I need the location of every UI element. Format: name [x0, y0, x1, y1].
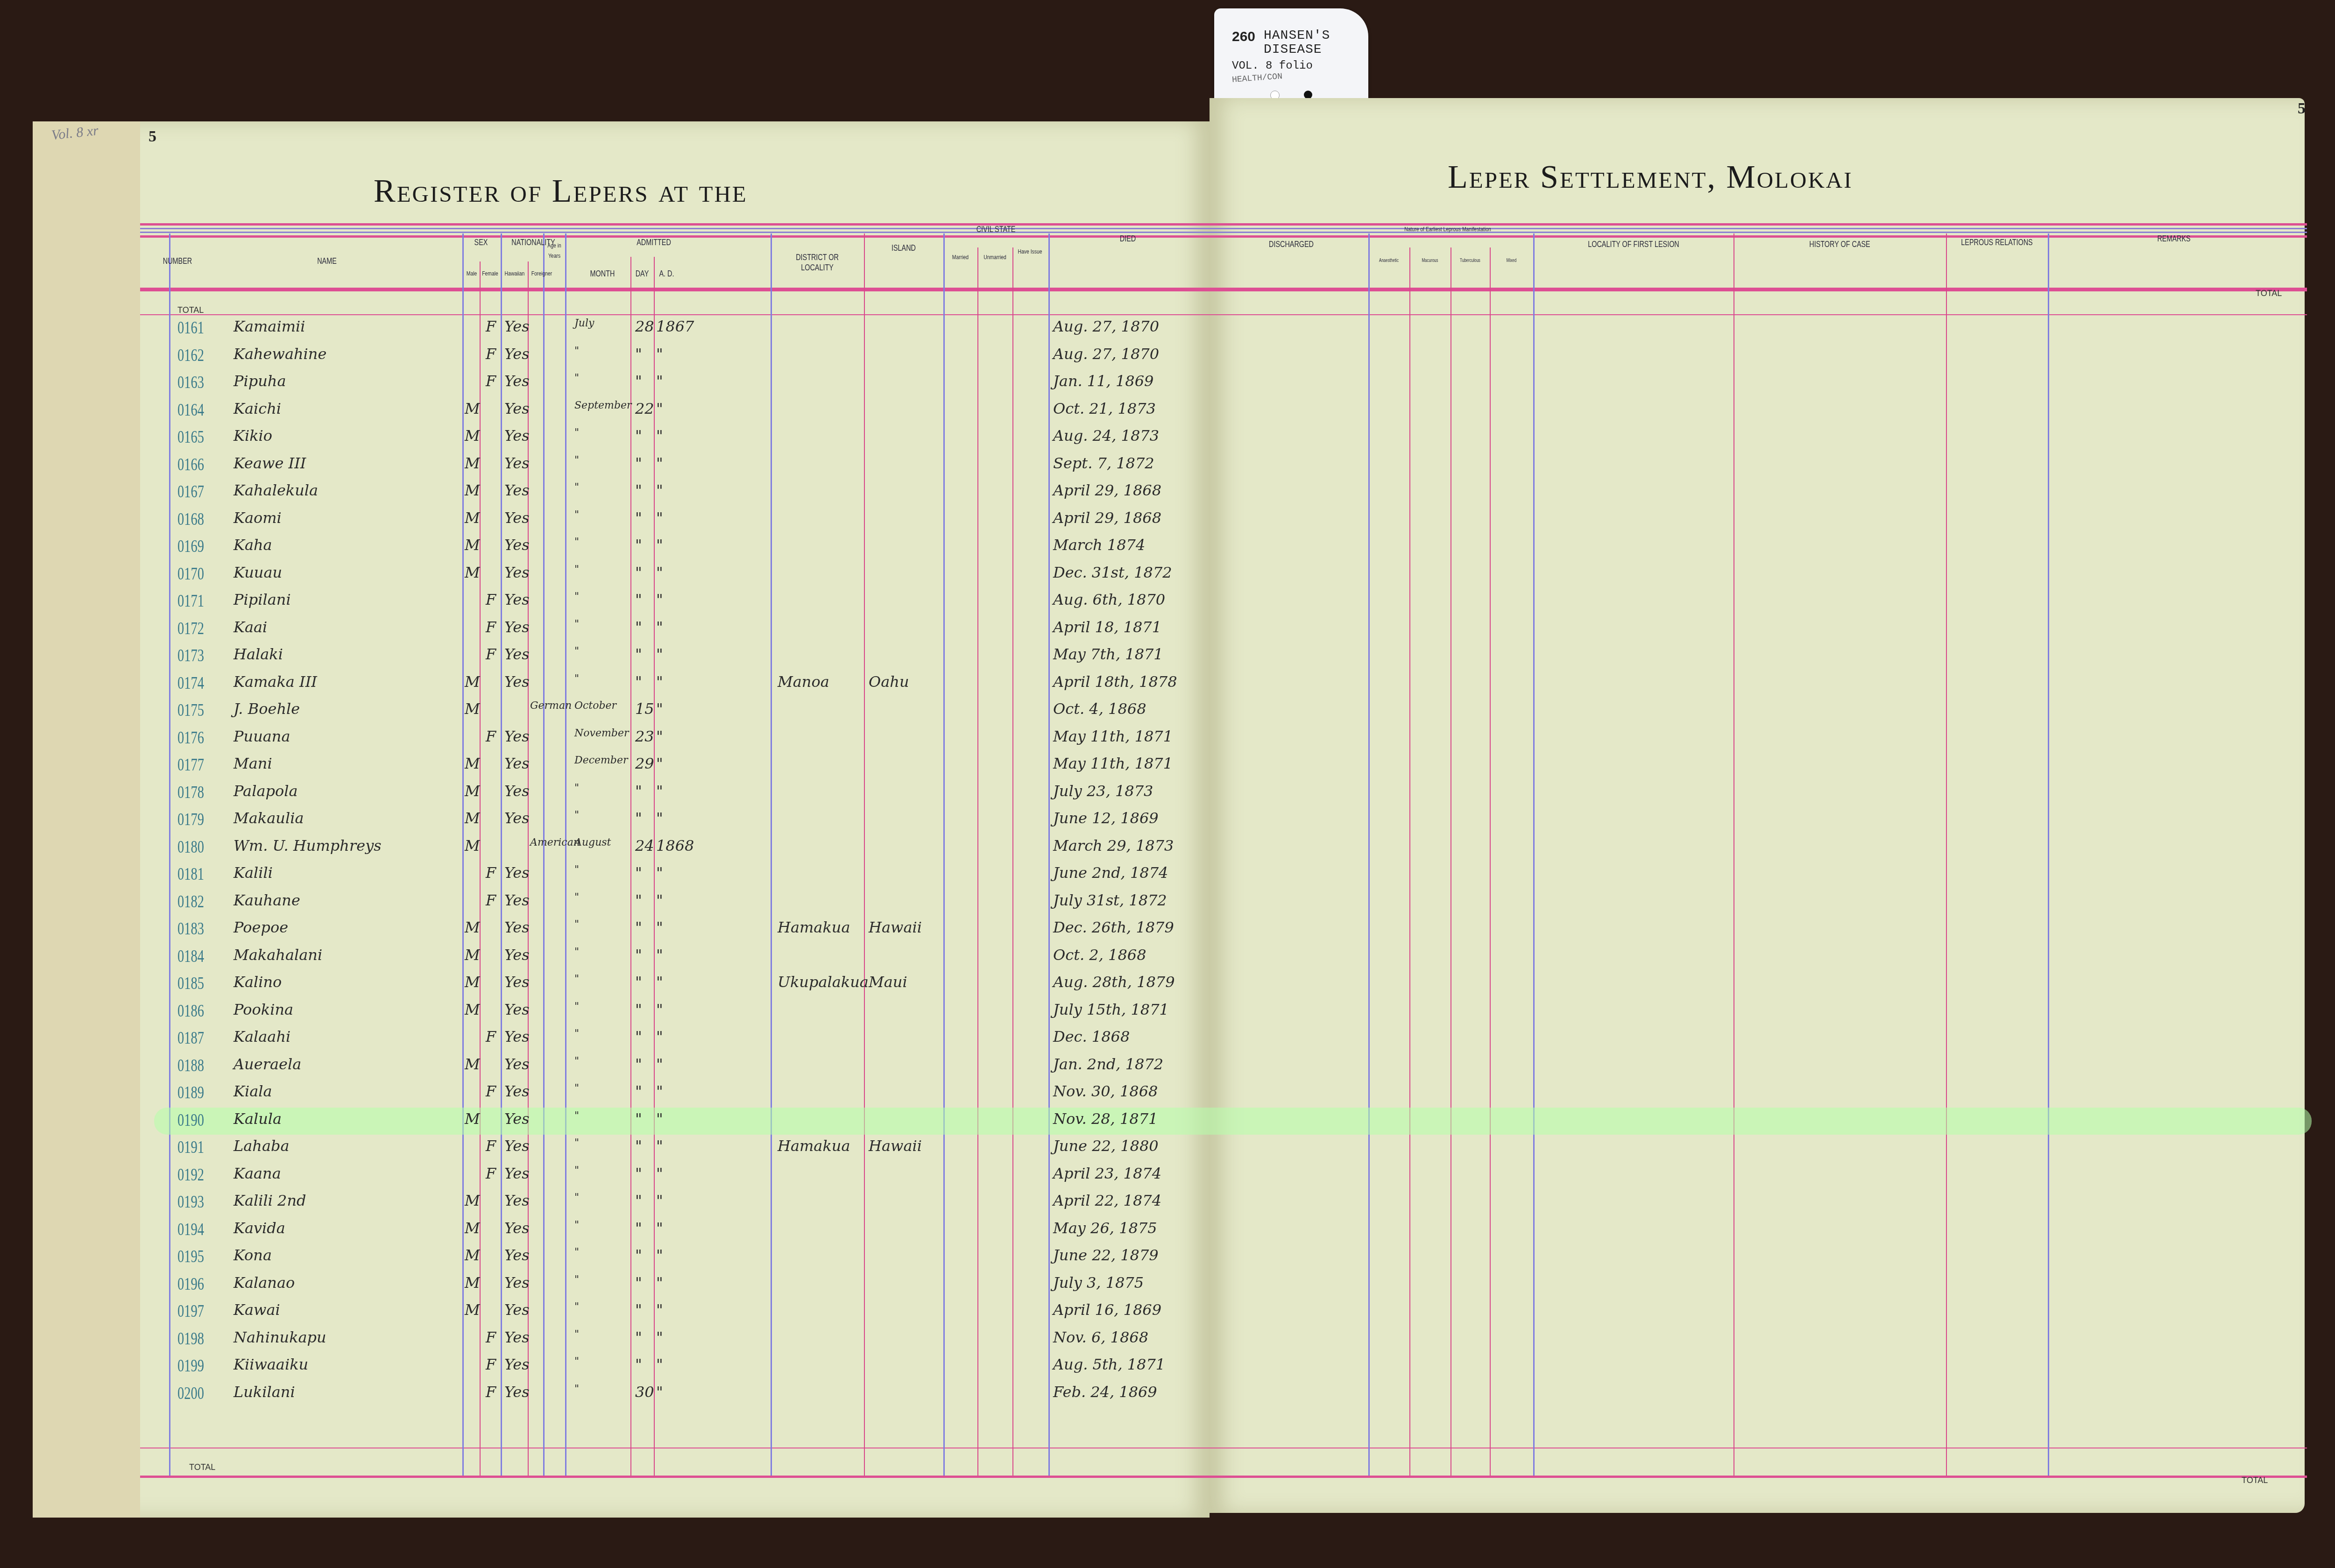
row-admitted-month: " [574, 1328, 579, 1340]
row-sex: F [486, 372, 496, 390]
row-hawaiian: Yes [504, 973, 530, 991]
row-admitted-month: August [574, 837, 611, 848]
column-divider [1490, 247, 1491, 1476]
row-died: Oct. 2, 1868 [1053, 946, 1146, 964]
row-name: Kaai [233, 618, 267, 636]
row-name: Kauhane [233, 891, 300, 909]
row-hawaiian: Yes [504, 427, 530, 445]
row-name: Lahaba [233, 1137, 290, 1155]
row-died: Aug. 5th, 1871 [1053, 1356, 1165, 1373]
row-name: J. Boehle [233, 700, 300, 718]
catalog-series: HEALTH/CON [1231, 72, 1282, 85]
row-admitted-month: " [574, 809, 579, 821]
row-died: April 18th, 1878 [1053, 673, 1177, 691]
row-died: May 26, 1875 [1053, 1219, 1157, 1237]
row-admitted-day: " [635, 1356, 642, 1373]
row-hawaiian: Yes [504, 1219, 530, 1237]
column-divider [1734, 233, 1734, 1476]
row-name: Kalaahi [233, 1028, 290, 1045]
row-name: Halaki [233, 645, 283, 663]
row-number: 0174 [177, 673, 204, 693]
catalog-tab: 260 HANSEN'S DISEASE VOL. 8 folio HEALTH… [1214, 8, 1368, 104]
row-admitted-month: " [574, 1165, 579, 1176]
row-sex: M [465, 1001, 480, 1018]
row-admitted-year: " [656, 864, 663, 882]
header-tuberculous: Tuberculous [1454, 256, 1486, 266]
header-ad: A. D. [657, 268, 677, 279]
row-sex: M [465, 973, 480, 991]
row-name: Makaulia [233, 809, 304, 827]
row-admitted-year: " [656, 1301, 663, 1319]
header-number: Number [159, 256, 196, 266]
row-died: Aug. 24, 1873 [1053, 427, 1159, 445]
row-sex: M [465, 400, 480, 417]
row-died: April 22, 1874 [1053, 1192, 1161, 1209]
row-admitted-year: " [656, 618, 663, 636]
catalog-volume: VOL. 8 folio [1232, 60, 1313, 72]
row-sex: F [486, 1082, 496, 1100]
row-admitted-month: " [574, 782, 579, 794]
row-hawaiian: Yes [504, 1137, 530, 1155]
row-number: 0175 [177, 700, 204, 720]
row-number: 0189 [177, 1082, 204, 1103]
row-admitted-year: " [656, 755, 663, 772]
row-admitted-year: " [656, 1110, 663, 1128]
row-admitted-year: " [656, 1328, 663, 1346]
row-number: 0193 [177, 1192, 204, 1212]
column-divider [565, 233, 566, 1476]
column-divider [501, 233, 502, 1476]
row-number: 0180 [177, 837, 204, 857]
row-admitted-day: " [635, 536, 642, 554]
row-hawaiian: Yes [504, 400, 530, 417]
column-divider [771, 233, 772, 1476]
row-admitted-day: 28 [635, 318, 654, 335]
row-admitted-month: " [574, 1219, 579, 1231]
row-admitted-month: " [574, 673, 579, 685]
row-sex: F [486, 1137, 496, 1155]
row-sex: F [486, 1356, 496, 1373]
row-number: 0199 [177, 1356, 204, 1376]
row-admitted-month: " [574, 1055, 579, 1067]
header-admitted: Admitted [616, 237, 691, 247]
header-island: Island [872, 243, 935, 253]
row-hawaiian: Yes [504, 1246, 530, 1264]
row-died: Oct. 4, 1868 [1053, 700, 1146, 718]
row-sex: M [465, 1110, 480, 1128]
row-admitted-month: " [574, 864, 579, 876]
left-page-title: Register of Lepers at the [374, 173, 748, 210]
row-number: 0191 [177, 1137, 204, 1158]
row-name: Kiiwaaiku [233, 1356, 308, 1373]
row-admitted-month: " [574, 891, 579, 903]
row-admitted-day: " [635, 591, 642, 608]
row-admitted-month: July [574, 318, 594, 329]
row-died: Dec. 31st, 1872 [1053, 564, 1172, 581]
row-admitted-day: " [635, 1328, 642, 1346]
row-number: 0190 [177, 1110, 204, 1130]
row-sex: M [465, 755, 480, 772]
row-died: Aug. 27, 1870 [1053, 318, 1159, 335]
row-admitted-month: " [574, 1383, 579, 1395]
row-hawaiian: Yes [504, 891, 530, 909]
column-divider [1012, 247, 1013, 1476]
row-hawaiian: Yes [504, 1328, 530, 1346]
row-number: 0167 [177, 481, 204, 502]
row-name: Nahinukapu [233, 1328, 326, 1346]
row-admitted-year: " [656, 918, 663, 936]
row-admitted-day: " [635, 809, 642, 827]
row-hawaiian: Yes [504, 481, 530, 499]
row-admitted-year: " [656, 1356, 663, 1373]
row-sex: M [465, 564, 480, 581]
row-name: Kalili [233, 864, 273, 882]
row-died: May 11th, 1871 [1053, 755, 1173, 772]
header-mixed: Mixed [1494, 256, 1528, 266]
header-rule [140, 228, 2307, 229]
row-hawaiian: Yes [504, 755, 530, 772]
footer-rule [140, 1476, 2307, 1478]
row-sex: F [486, 318, 496, 335]
row-admitted-month: " [574, 618, 579, 630]
row-admitted-year: " [656, 1082, 663, 1100]
row-died: Feb. 24, 1869 [1053, 1383, 1157, 1401]
row-admitted-day: " [635, 454, 642, 472]
row-admitted-year: " [656, 1246, 663, 1264]
row-died: April 23, 1874 [1053, 1165, 1161, 1182]
row-number: 0165 [177, 427, 204, 447]
column-divider [1048, 233, 1050, 1476]
header-foreigner: Foreigner [531, 268, 553, 279]
column-divider [1533, 233, 1535, 1476]
row-name: Kiala [233, 1082, 272, 1100]
row-sex: M [465, 1274, 480, 1292]
row-admitted-day: 24 [635, 837, 654, 855]
row-island: Hawaii [869, 918, 922, 936]
row-number: 0181 [177, 864, 204, 884]
row-hawaiian: Yes [504, 645, 530, 663]
row-number: 0196 [177, 1274, 204, 1294]
header-history: History of Case [1755, 239, 1925, 249]
right-page-title: Leper Settlement, Molokai [1448, 159, 1853, 196]
total-label-top: TOTAL [177, 305, 204, 315]
column-divider [1451, 247, 1451, 1476]
row-died: April 29, 1868 [1053, 481, 1161, 499]
row-admitted-year: " [656, 1165, 663, 1182]
column-divider [977, 247, 978, 1476]
row-name: Keawe III [233, 454, 306, 472]
row-number: 0166 [177, 454, 204, 475]
row-admitted-day: " [635, 1055, 642, 1073]
row-number: 0173 [177, 645, 204, 666]
row-name: Kaichi [233, 400, 281, 417]
total-rule [140, 314, 2307, 315]
row-admitted-month: " [574, 1001, 579, 1012]
row-sex: M [465, 1246, 480, 1264]
row-sex: M [465, 946, 480, 964]
row-admitted-year: " [656, 645, 663, 663]
row-admitted-month: " [574, 1110, 579, 1122]
row-name: Kaha [233, 536, 272, 554]
row-hawaiian: Yes [504, 345, 530, 363]
row-hawaiian: Yes [504, 673, 530, 691]
header-locality-first-lesion: Locality of First Lesion [1553, 239, 1714, 249]
header-anaesthetic: Anaesthetic [1373, 256, 1405, 266]
row-hawaiian: Yes [504, 1274, 530, 1292]
row-sex: M [465, 1055, 480, 1073]
row-died: Aug. 6th, 1870 [1053, 591, 1165, 608]
row-admitted-day: " [635, 1246, 642, 1264]
row-died: June 2nd, 1874 [1053, 864, 1168, 882]
row-admitted-month: " [574, 454, 579, 466]
row-name: Kona [233, 1246, 272, 1264]
row-hawaiian: Yes [504, 509, 530, 527]
row-number: 0161 [177, 318, 204, 338]
row-admitted-month: " [574, 1028, 579, 1039]
row-number: 0172 [177, 618, 204, 639]
row-admitted-year: " [656, 673, 663, 691]
header-remarks: Remarks [2073, 233, 2275, 244]
header-age: Age in Years [545, 240, 563, 261]
row-admitted-year: " [656, 809, 663, 827]
left-page [33, 121, 1210, 1518]
row-name: Mani [233, 755, 272, 772]
row-sex: F [486, 864, 496, 882]
row-died: May 7th, 1871 [1053, 645, 1163, 663]
row-admitted-day: " [635, 1274, 642, 1292]
row-died: Sept. 7, 1872 [1053, 454, 1154, 472]
row-admitted-month: " [574, 1356, 579, 1367]
row-number: 0177 [177, 755, 204, 775]
row-admitted-month: " [574, 509, 579, 521]
row-hawaiian: Yes [504, 618, 530, 636]
row-died: Aug. 27, 1870 [1053, 345, 1159, 363]
row-admitted-day: 30 [635, 1383, 654, 1401]
row-admitted-day: " [635, 1219, 642, 1237]
row-sex: M [465, 918, 480, 936]
row-admitted-day: " [635, 1110, 642, 1128]
column-divider [169, 233, 170, 1476]
row-sex: M [465, 454, 480, 472]
row-admitted-day: " [635, 509, 642, 527]
row-admitted-year: " [656, 1274, 663, 1292]
row-hawaiian: Yes [504, 1356, 530, 1373]
row-admitted-day: " [635, 918, 642, 936]
row-died: Nov. 30, 1868 [1053, 1082, 1158, 1100]
row-name: Kahewahine [233, 345, 326, 363]
column-divider [2048, 233, 2049, 1476]
row-admitted-day: " [635, 782, 642, 800]
row-sex: M [465, 782, 480, 800]
row-name: Poepoe [233, 918, 288, 936]
row-sex: M [465, 1192, 480, 1209]
row-sex: F [486, 1328, 496, 1346]
row-admitted-month: " [574, 372, 579, 384]
row-sex: F [486, 1028, 496, 1045]
row-admitted-day: " [635, 645, 642, 663]
row-number: 0200 [177, 1383, 204, 1404]
row-admitted-month: " [574, 427, 579, 438]
header-discharged: Discharged [1245, 239, 1338, 249]
row-admitted-year: " [656, 1137, 663, 1155]
row-admitted-year: " [656, 536, 663, 554]
column-divider [630, 257, 631, 1476]
header-leprous-relations: Leprous Relations [1956, 237, 2038, 247]
row-number: 0169 [177, 536, 204, 557]
row-sex: F [486, 891, 496, 909]
row-name: Kalino [233, 973, 282, 991]
row-admitted-day: 22 [635, 400, 654, 417]
row-name: Palapola [233, 782, 298, 800]
header-district: District or Locality [780, 252, 855, 273]
row-hawaiian: Yes [504, 864, 530, 882]
row-hawaiian: Yes [504, 318, 530, 335]
row-died: May 11th, 1871 [1053, 727, 1173, 745]
row-died: June 22, 1880 [1053, 1137, 1159, 1155]
row-admitted-year: " [656, 973, 663, 991]
row-admitted-year: " [656, 1055, 663, 1073]
row-name: Aueraela [233, 1055, 301, 1073]
row-sex: M [465, 1301, 480, 1319]
row-died: Dec. 1868 [1053, 1028, 1130, 1045]
row-died: April 29, 1868 [1053, 509, 1161, 527]
row-number: 0197 [177, 1301, 204, 1321]
row-hawaiian: Yes [504, 454, 530, 472]
row-admitted-year: " [656, 1192, 663, 1209]
row-admitted-month: December [574, 755, 628, 766]
row-hawaiian: Yes [504, 591, 530, 608]
row-hawaiian: Yes [504, 1301, 530, 1319]
row-district: Hamakua [778, 1137, 850, 1155]
row-name: Kamaka III [233, 673, 317, 691]
row-sex: F [486, 645, 496, 663]
row-island: Hawaii [869, 1137, 922, 1155]
row-name: Kikio [233, 427, 272, 445]
header-male: Male [464, 268, 479, 279]
row-number: 0183 [177, 918, 204, 939]
row-number: 0188 [177, 1055, 204, 1076]
row-admitted-day: " [635, 1301, 642, 1319]
row-hawaiian: Yes [504, 1001, 530, 1018]
row-admitted-day: " [635, 673, 642, 691]
row-name: Kalanao [233, 1274, 295, 1292]
row-hawaiian: Yes [504, 1055, 530, 1073]
row-admitted-day: 23 [635, 727, 654, 745]
row-admitted-year: " [656, 509, 663, 527]
header-civil-state: Civil State [954, 224, 1038, 234]
row-name: Kalula [233, 1110, 282, 1128]
row-admitted-day: " [635, 481, 642, 499]
column-divider [1368, 233, 1370, 1476]
header-month: Month [584, 268, 621, 279]
row-admitted-year: 1868 [656, 837, 694, 855]
column-divider [1409, 247, 1410, 1476]
row-name: Lukilani [233, 1383, 295, 1401]
row-number: 0185 [177, 973, 204, 994]
row-admitted-day: " [635, 372, 642, 390]
row-admitted-month: " [574, 1137, 579, 1149]
row-admitted-day: " [635, 1137, 642, 1155]
row-name: Pipilani [233, 591, 291, 608]
row-sex: F [486, 1165, 496, 1182]
row-admitted-year: " [656, 454, 663, 472]
row-admitted-year: " [656, 591, 663, 608]
row-sex: F [486, 345, 496, 363]
total-label-right-bottom: TOTAL [2242, 1476, 2268, 1485]
row-admitted-year: " [656, 1001, 663, 1018]
header-bottom-rule [140, 288, 2307, 291]
row-name: Wm. U. Humphreys [233, 837, 382, 855]
row-died: July 31st, 1872 [1053, 891, 1167, 909]
header-died: Died [1064, 233, 1191, 244]
row-name: Kamaimii [233, 318, 305, 335]
row-died: Aug. 28th, 1879 [1053, 973, 1175, 991]
row-admitted-year: " [656, 700, 663, 718]
row-hawaiian: Yes [504, 1383, 530, 1401]
row-admitted-year: 1867 [656, 318, 694, 335]
row-admitted-month: " [574, 918, 579, 930]
row-sex: M [465, 427, 480, 445]
row-island: Oahu [869, 673, 909, 691]
row-name: Puuana [233, 727, 290, 745]
row-name: Kawai [233, 1301, 280, 1319]
header-manifestation: Nature of Earliest Leprous Manifestation [1373, 224, 1522, 234]
row-died: June 22, 1879 [1053, 1246, 1159, 1264]
row-admitted-month: " [574, 1192, 579, 1203]
row-died: Nov. 28, 1871 [1053, 1110, 1158, 1128]
row-admitted-year: " [656, 345, 663, 363]
header-sex: Sex [466, 237, 496, 247]
row-admitted-day: 29 [635, 755, 654, 772]
row-admitted-year: " [656, 727, 663, 745]
row-died: Oct. 21, 1873 [1053, 400, 1156, 417]
header-female: Female [482, 268, 499, 279]
header-hawaiian: Hawaiian [503, 268, 526, 279]
row-admitted-day: " [635, 1028, 642, 1045]
row-died: June 12, 1869 [1053, 809, 1159, 827]
row-admitted-day: " [635, 564, 642, 581]
column-divider [654, 257, 655, 1476]
header-day: Day [633, 268, 651, 279]
row-admitted-month: " [574, 973, 579, 985]
row-number: 0192 [177, 1165, 204, 1185]
row-name: Kavida [233, 1219, 285, 1237]
row-number: 0163 [177, 372, 204, 393]
row-admitted-day: " [635, 1192, 642, 1209]
row-hawaiian: Yes [504, 782, 530, 800]
catalog-subject: HANSEN'S DISEASE [1264, 29, 1357, 57]
row-admitted-year: " [656, 946, 663, 964]
row-admitted-month: " [574, 1246, 579, 1258]
row-admitted-day: " [635, 618, 642, 636]
row-hawaiian: Yes [504, 809, 530, 827]
row-admitted-day: " [635, 427, 642, 445]
row-number: 0184 [177, 946, 204, 967]
row-hawaiian: Yes [504, 946, 530, 964]
row-foreigner: German [530, 700, 572, 712]
total-label-bottom: TOTAL [189, 1462, 215, 1472]
row-number: 0164 [177, 400, 204, 420]
row-sex: M [465, 700, 480, 718]
row-died: Jan. 11, 1869 [1053, 372, 1153, 390]
row-island: Maui [869, 973, 907, 991]
row-number: 0168 [177, 509, 204, 530]
row-admitted-month: October [574, 700, 616, 712]
row-number: 0162 [177, 345, 204, 366]
row-admitted-month: " [574, 645, 579, 657]
row-hawaiian: Yes [504, 1082, 530, 1100]
row-district: Ukupalakua [778, 973, 869, 991]
